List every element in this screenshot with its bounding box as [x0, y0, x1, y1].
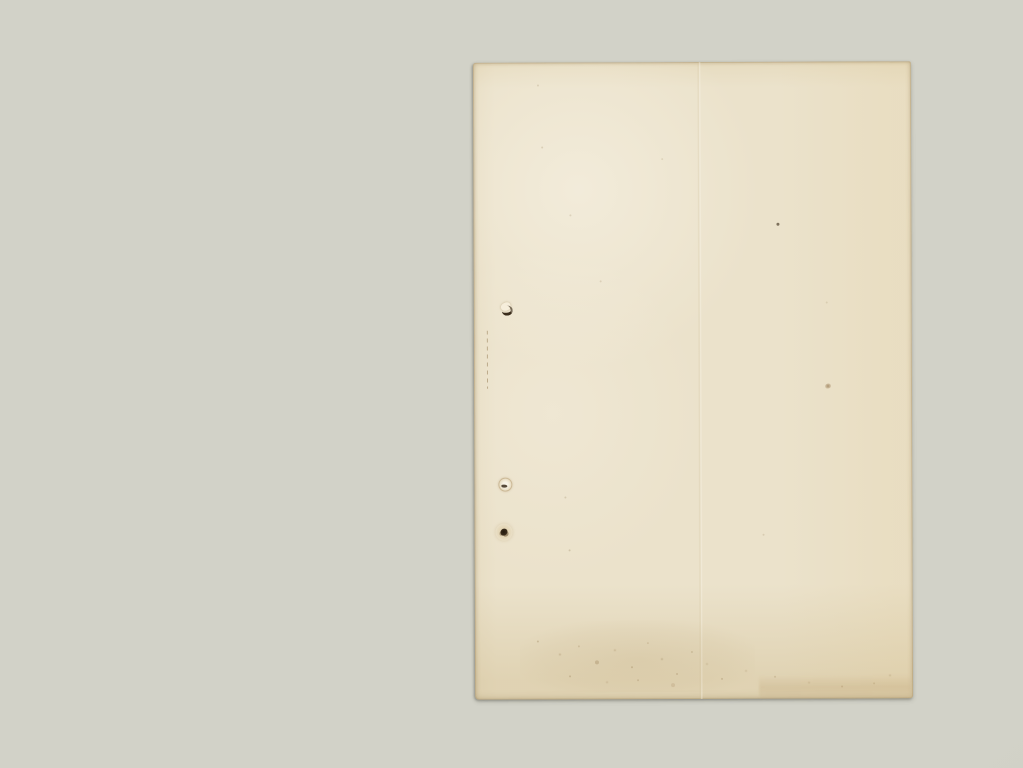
left-edge-scratch: [487, 331, 488, 389]
hole-core: [501, 485, 507, 488]
puncture-hole-top: [499, 302, 515, 317]
puncture-hole-bottom: [495, 524, 512, 541]
paper-sheet: [473, 61, 913, 700]
hole-shadow: [501, 305, 513, 316]
puncture-hole-middle: [498, 478, 512, 492]
bottom-center-stain: [520, 620, 755, 693]
bottom-right-stain: [759, 674, 911, 699]
center-fold-crease: [697, 62, 703, 699]
backdrop: [0, 0, 1023, 768]
brown-spot: [825, 384, 831, 389]
foxing-speckles: [473, 63, 475, 65]
dark-fleck: [776, 223, 779, 226]
